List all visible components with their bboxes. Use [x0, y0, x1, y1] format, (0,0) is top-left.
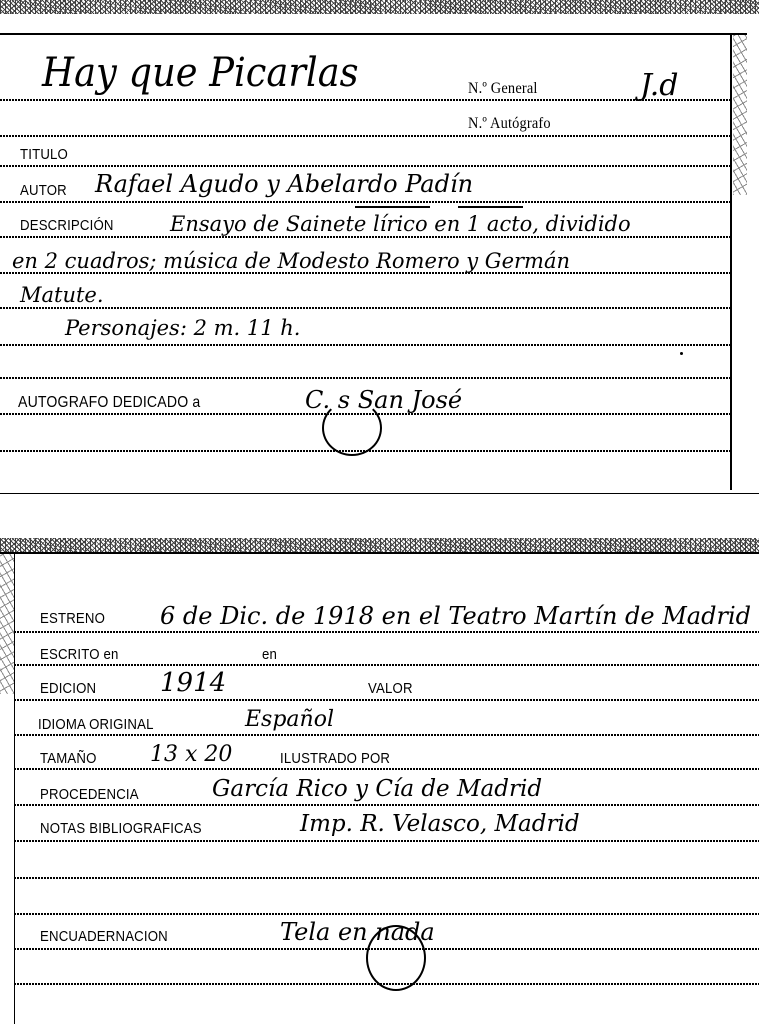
escrito-label: ESCRITO en — [40, 646, 119, 663]
ruled-line — [14, 699, 759, 701]
edicion-value: 1914 — [160, 668, 226, 698]
ruled-line — [14, 804, 759, 806]
ruled-line — [14, 631, 759, 633]
ruled-line — [14, 664, 759, 666]
ruled-line — [0, 135, 731, 137]
scan-speck — [680, 352, 683, 355]
idioma-original-label: IDIOMA ORIGINAL — [38, 716, 154, 733]
ruled-line — [14, 877, 759, 879]
ruled-line — [14, 768, 759, 770]
procedencia-value: García Rico y Cía de Madrid — [212, 776, 542, 802]
estreno-label: ESTRENO — [40, 610, 105, 627]
ruled-line — [0, 377, 731, 379]
ruled-line — [14, 913, 759, 915]
ruled-line — [0, 272, 731, 274]
card-top-border — [0, 552, 759, 554]
ruled-line — [0, 307, 731, 309]
notas-bibliograficas-label: NOTAS BIBLIOGRAFICAS — [40, 820, 202, 837]
procedencia-label: PROCEDENCIA — [40, 786, 139, 803]
hole-punch-mark — [322, 400, 382, 456]
ruled-line — [0, 99, 731, 101]
encuadernacion-label: ENCUADERNACION — [40, 928, 168, 945]
scan-side-noise — [733, 35, 747, 195]
descripcion-line-1: Ensayo de Sainete lírico en 1 acto, divi… — [170, 212, 631, 236]
ruled-line — [0, 413, 731, 415]
ink-underline — [355, 206, 430, 208]
autor-value: Rafael Agudo y Abelardo Padín — [95, 170, 473, 198]
general-number-label: N.º General — [468, 80, 538, 98]
catalog-card-bottom: ESTRENO 6 de Dic. de 1918 en el Teatro M… — [0, 530, 759, 1028]
card-right-border — [730, 35, 732, 490]
handwritten-title: Hay que Picarlas — [42, 50, 359, 96]
descripcion-line-2: en 2 cuadros; música de Modesto Romero y… — [12, 249, 570, 273]
ruled-line — [14, 948, 759, 950]
descripcion-label: DESCRIPCIÓN — [20, 217, 114, 234]
scan-side-noise — [0, 554, 14, 694]
titulo-label: TITULO — [20, 146, 68, 163]
escrito-en-label: en — [262, 646, 277, 663]
catalog-card-top: Hay que Picarlas N.º General J.d N.º Aut… — [0, 0, 759, 495]
scan-edge-noise — [0, 538, 759, 552]
card-left-border — [14, 554, 15, 1024]
tamano-value: 13 x 20 — [150, 742, 232, 767]
autor-label: AUTOR — [20, 182, 67, 199]
ruled-line — [14, 734, 759, 736]
ruled-line — [0, 344, 731, 346]
edicion-label: EDICION — [40, 680, 96, 697]
ruled-line — [14, 840, 759, 842]
valor-label: VALOR — [368, 680, 413, 697]
idioma-original-value: Español — [245, 707, 334, 732]
estreno-value: 6 de Dic. de 1918 en el Teatro Martín de… — [160, 602, 751, 630]
card-bottom-edge — [0, 493, 759, 494]
ink-underline — [458, 206, 523, 208]
descripcion-line-3: Matute. — [20, 283, 104, 307]
hole-punch-mark — [366, 925, 426, 991]
ruled-line — [0, 236, 731, 238]
ruled-line — [14, 983, 759, 985]
card-top-border — [0, 33, 747, 35]
ruled-line — [0, 201, 731, 203]
general-number-value: J.d — [640, 68, 678, 103]
scan-edge-noise — [0, 0, 759, 14]
tamano-label: TAMAÑO — [40, 750, 97, 767]
descripcion-line-4: Personajes: 2 m. 11 h. — [65, 316, 300, 340]
ilustrado-por-label: ILUSTRADO POR — [280, 750, 390, 767]
ruled-line — [0, 450, 731, 452]
ruled-line — [0, 165, 731, 167]
autograph-number-label: N.º Autógrafo — [468, 115, 551, 133]
notas-bibliograficas-value: Imp. R. Velasco, Madrid — [300, 811, 580, 837]
autografo-dedicado-label: AUTOGRAFO DEDICADO a — [18, 394, 200, 412]
